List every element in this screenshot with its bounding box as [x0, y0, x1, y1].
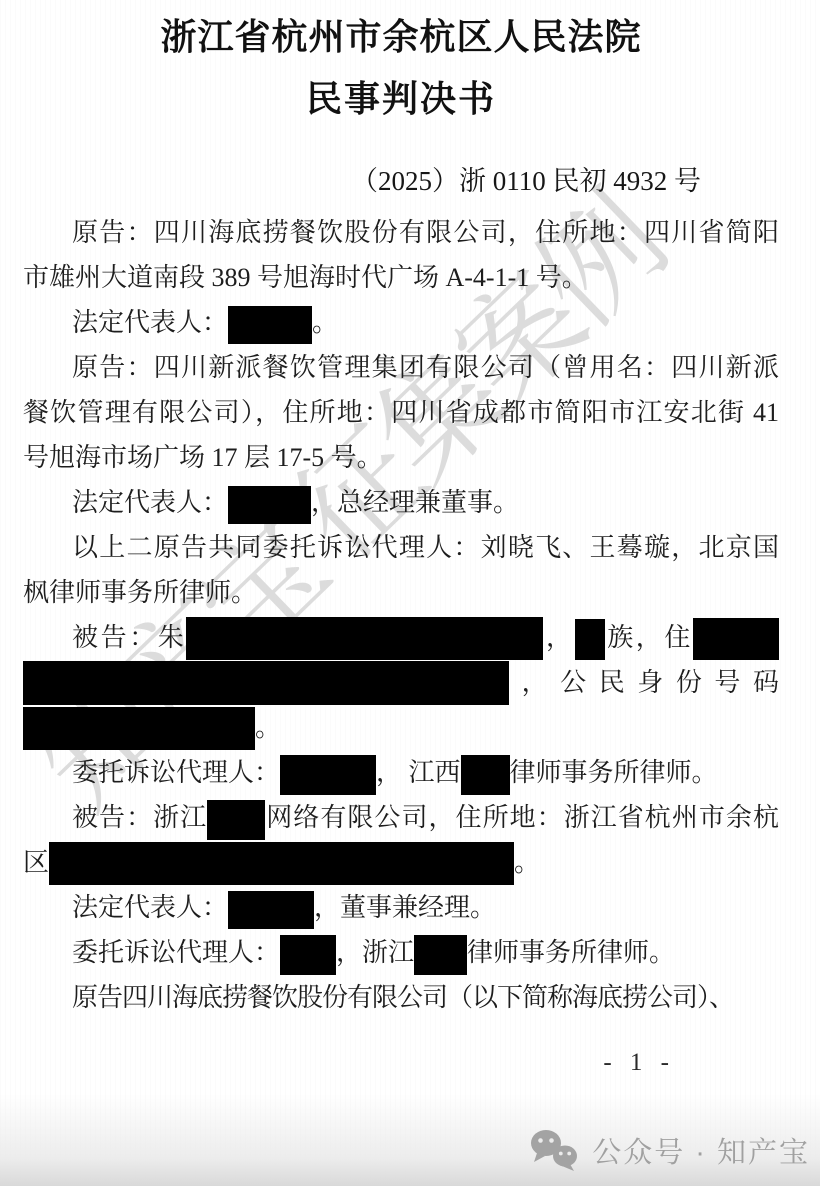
body-line: 枫律师事务所律师。 [23, 570, 779, 615]
redaction-bar [693, 618, 779, 660]
wechat-icon [528, 1128, 580, 1172]
body-line: 区。 [23, 840, 779, 885]
body-line: 以上二原告共同委托诉讼代理人：刘晓飞、王蓦璇，北京国 [23, 525, 779, 570]
text-segment: ， [543, 623, 574, 652]
text-segment: 原告：四川海底捞餐饮股份有限公司，住所地：四川省简阳 [72, 218, 779, 247]
footer-brand-text: 公众号 · 知产宝 [592, 1130, 810, 1171]
body-line: 餐饮管理有限公司），住所地：四川省成都市简阳市江安北街 41 [23, 390, 779, 435]
text-segment: 法定代表人： [72, 893, 228, 922]
redaction-bar [228, 306, 312, 344]
text-segment: ，总经理兼董事。 [311, 488, 519, 517]
text-segment: 餐饮管理有限公司），住所地：四川省成都市简阳市江安北街 41 [23, 398, 779, 427]
redaction-bar [228, 486, 311, 524]
body-line: 法定代表人：。 [23, 300, 779, 345]
body-line: 委托诉讼代理人：， 江西律师事务所律师。 [23, 750, 779, 795]
redaction-bar [49, 842, 514, 885]
body-line: 被告：朱，族，住 [23, 615, 779, 660]
text-segment: 委托诉讼代理人： [72, 938, 280, 967]
redaction-bar [414, 935, 467, 975]
court-title: 浙江省杭州市余杭区人民法院 [23, 14, 779, 60]
text-segment: 律师事务所律师。 [467, 938, 675, 967]
text-segment: 号旭海市场广场 17 层 17-5 号。 [23, 443, 383, 472]
text-segment: 枫律师事务所律师。 [23, 578, 257, 607]
redaction-bar [575, 619, 605, 660]
text-segment: 被告：浙江 [72, 803, 207, 832]
text-segment: ，董事兼经理。 [314, 893, 496, 922]
judgment-page: 知产宝 征集案例 浙江省杭州市余杭区人民法院 民事判决书 （2025）浙 011… [0, 0, 820, 1186]
text-segment: 法定代表人： [72, 488, 228, 517]
text-segment: 。 [312, 308, 338, 337]
case-number: （2025）浙 0110 民初 4932 号 [23, 166, 779, 196]
text-segment: 律师事务所律师。 [510, 758, 718, 787]
redaction-bar [280, 935, 336, 975]
text-segment: 区 [23, 848, 49, 877]
text-segment: ，公民身份号码 [509, 668, 779, 697]
text-segment: 委托诉讼代理人： [72, 758, 280, 787]
text-segment: 法定代表人： [72, 308, 228, 337]
redaction-bar [228, 891, 314, 929]
text-segment: 族，住 [605, 623, 693, 652]
redaction-bar [461, 755, 510, 795]
document-type-title: 民事判决书 [23, 76, 779, 122]
redaction-bar [23, 661, 509, 705]
document-content: 浙江省杭州市余杭区人民法院 民事判决书 （2025）浙 0110 民初 4932… [0, 0, 820, 1076]
body-line: 。 [23, 705, 779, 750]
text-segment: 。 [514, 848, 540, 877]
text-segment: 以上二原告共同委托诉讼代理人：刘晓飞、王蓦璇，北京国 [72, 533, 779, 562]
text-segment: 。 [255, 713, 281, 742]
body-line: 被告：浙江网络有限公司，住所地：浙江省杭州市余杭 [23, 795, 779, 840]
body-line: 原告四川海底捞餐饮股份有限公司（以下简称海底捞公司）、 [23, 975, 779, 1020]
footer-band: 公众号 · 知产宝 [0, 1094, 820, 1186]
body-line: ，公民身份号码 [23, 660, 779, 705]
body-line: 委托诉讼代理人：，浙江律师事务所律师。 [23, 930, 779, 975]
text-segment: 被告：朱 [72, 623, 186, 652]
page-number: - 1 - [23, 1050, 779, 1076]
body-line: 号旭海市场广场 17 层 17-5 号。 [23, 435, 779, 480]
text-segment: 网络有限公司，住所地：浙江省杭州市余杭 [265, 803, 779, 832]
text-segment: ， 江西 [376, 758, 461, 787]
footer-brand: 公众号 · 知产宝 [528, 1128, 810, 1172]
body-line: 法定代表人：，董事兼经理。 [23, 885, 779, 930]
body-line: 原告：四川海底捞餐饮股份有限公司，住所地：四川省简阳 [23, 210, 779, 255]
text-segment: 原告四川海底捞餐饮股份有限公司（以下简称海底捞公司）、 [72, 983, 734, 1012]
redaction-bar [207, 800, 265, 840]
text-segment: ，浙江 [336, 938, 414, 967]
body-line: 市雄州大道南段 389 号旭海时代广场 A-4-1-1 号。 [23, 255, 779, 300]
redaction-bar [23, 707, 255, 750]
text-segment: 市雄州大道南段 389 号旭海时代广场 A-4-1-1 号。 [23, 263, 588, 292]
body-line: 法定代表人：，总经理兼董事。 [23, 480, 779, 525]
redaction-bar [186, 617, 543, 660]
body-line: 原告：四川新派餐饮管理集团有限公司（曾用名：四川新派 [23, 345, 779, 390]
redaction-bar [280, 755, 376, 795]
text-segment: 原告：四川新派餐饮管理集团有限公司（曾用名：四川新派 [72, 353, 779, 382]
body-text: 原告：四川海底捞餐饮股份有限公司，住所地：四川省简阳市雄州大道南段 389 号旭… [23, 210, 779, 1020]
